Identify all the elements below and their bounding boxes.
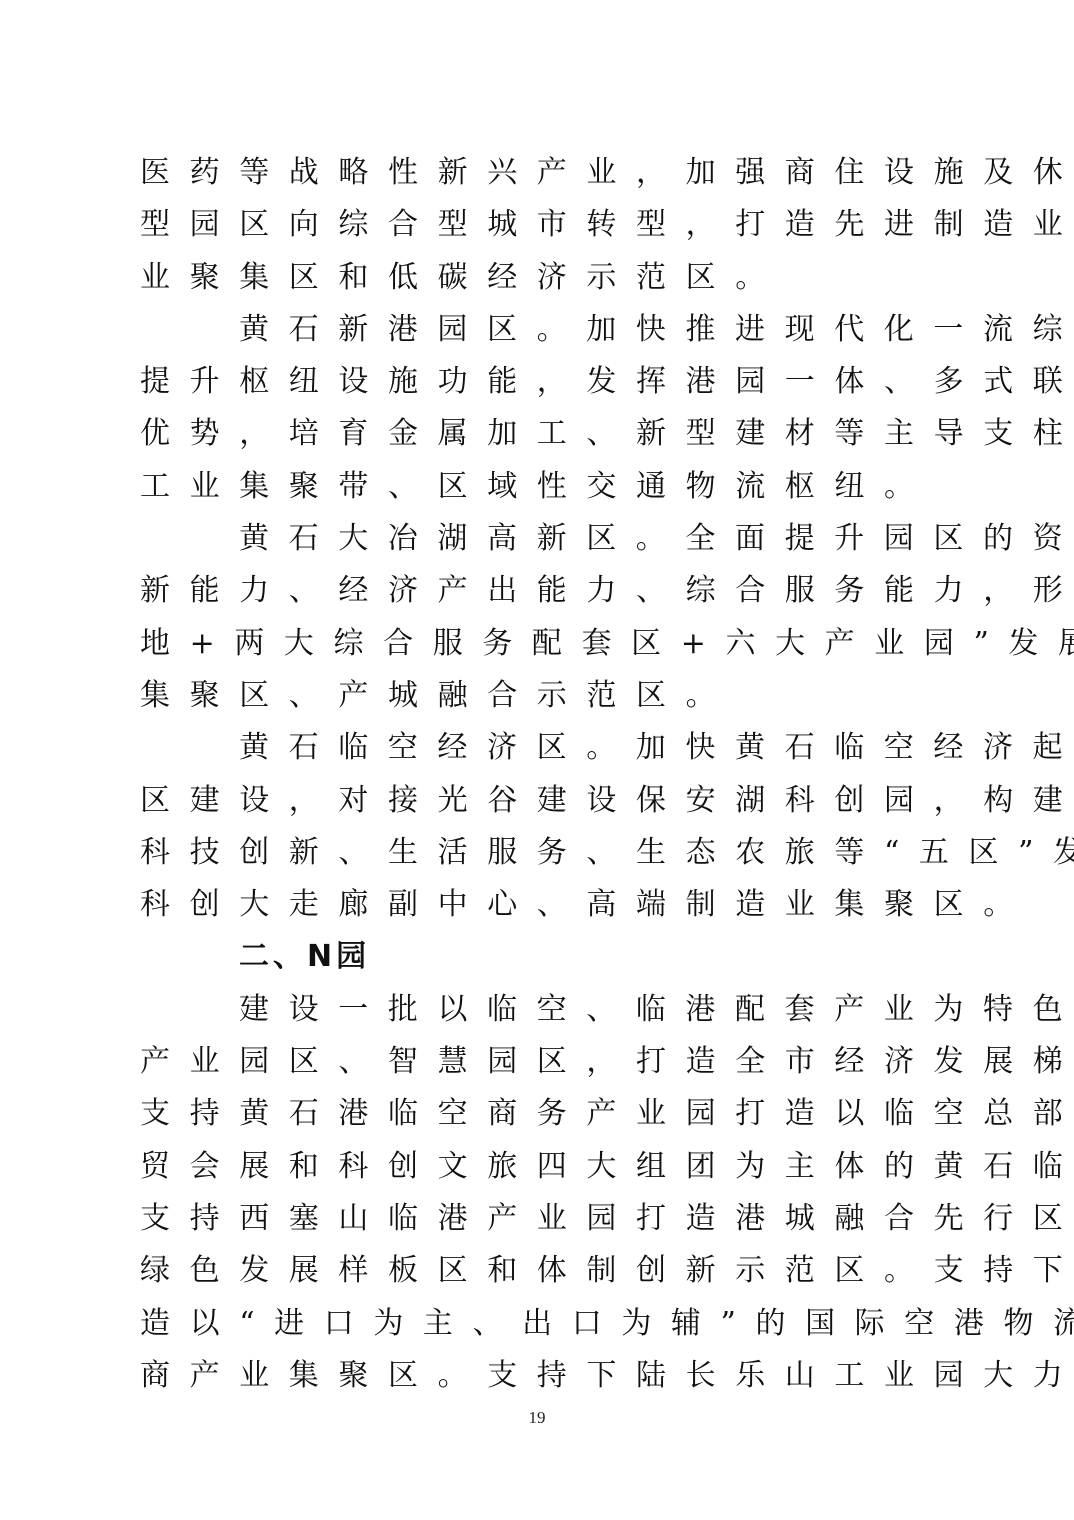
text-line: 业聚集区和低碳经济示范区。: [140, 252, 940, 304]
text-line: 绿色发展样板区和体制创新示范区。支持下陆跨境电商产业园打: [140, 1245, 940, 1297]
paragraph-start-xingang-park: 黄石新港园区。加快推进现代化一流综合性港口建设，完善: [140, 304, 940, 356]
document-body: 医药等战略性新兴产业，加强商住设施及休闲娱乐配套，由生产 型园区向综合型城市转型…: [140, 147, 940, 1402]
section-heading: 二、N园: [140, 931, 940, 983]
text-line: 医药等战略性新兴产业，加强商住设施及休闲娱乐配套，由生产: [140, 147, 940, 199]
text-line: 支持黄石港临空商务产业园打造以临空总部商务、未来科技、商: [140, 1088, 940, 1140]
text-line: 工业集聚带、区域性交通物流枢纽。: [140, 461, 940, 513]
text-line: 优势，培育金属加工、新型建材等主导支柱产业，打造黄石沿江: [140, 408, 940, 460]
paragraph-start-dayehu-hitech-zone: 黄石大冶湖高新区。全面提升园区的资源整合能力、产业创: [140, 513, 940, 565]
document-page: 医药等战略性新兴产业，加强商住设施及休闲娱乐配套，由生产 型园区向综合型城市转型…: [0, 0, 1074, 1520]
text-line: 地+两大综合服务配套区+六大产业园”发展布局，打造高新产业: [140, 618, 940, 670]
text-line: 商产业集聚区。支持下陆长乐山工业园大力发展循环经济，打造: [140, 1350, 940, 1402]
paragraph-start-n-parks: 建设一批以临空、临港配套产业为特色、错位发展的现代化: [140, 984, 940, 1036]
text-line: 新能力、经济产出能力、综合服务能力，形成“一大研发服务基: [140, 565, 940, 617]
text-line: 集聚区、产城融合示范区。: [140, 670, 940, 722]
text-line: 产业园区、智慧园区，打造全市经济发展梯次接续的重要增长极。: [140, 1036, 940, 1088]
text-line: 支持西塞山临港产业园打造港城融合先行区、高端制造集聚区、: [140, 1193, 940, 1245]
text-line: 提升枢纽设施功能，发挥港园一体、多式联运、保税物流等综合: [140, 356, 940, 408]
paragraph-start-airport-economic-zone: 黄石临空经济区。加快黄石临空经济起步区和临空经济发展: [140, 722, 940, 774]
text-line: 贸会展和科创文旅四大组团为主体的黄石临空商务经济核心区。: [140, 1141, 940, 1193]
text-line: 科创大走廊副中心、高端制造业集聚区。: [140, 879, 940, 931]
text-line: 型园区向综合型城市转型，打造先进制造业聚集区、高新技术产: [140, 199, 940, 251]
text-line: 科技创新、生活服务、生态农旅等“五区”发展格局，建成光谷: [140, 827, 940, 879]
text-line: 造以“进口为主、出口为辅”的国际空港物流节点基地、跨境电: [140, 1298, 940, 1350]
text-line: 区建设，对接光谷建设保安湖科创园，构建高端制造、智能物流、: [140, 775, 940, 827]
page-number: 19: [0, 1408, 1074, 1428]
